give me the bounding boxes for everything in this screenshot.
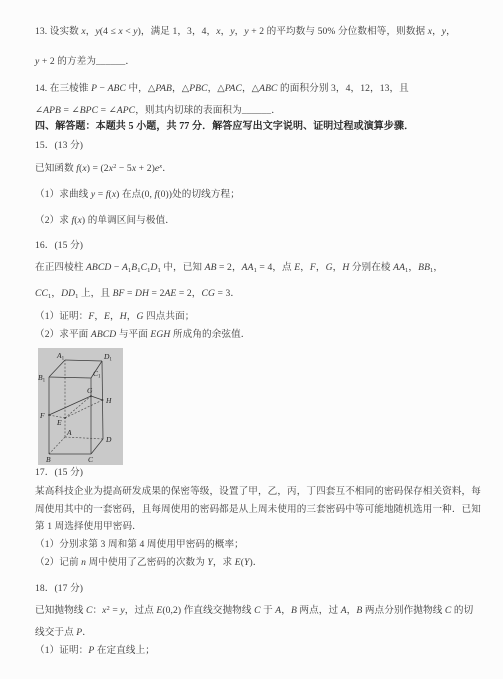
edge-FG [49,396,91,415]
edge-EH [65,400,103,418]
problem18-q1: （1）证明：P 在定直线上； [35,646,155,656]
figure-label-D1: D1 [103,352,112,363]
problem15-header: 15．(13 分) [35,141,83,151]
prism-figure: A1 D1 B1 C1 G H F E A D B C [38,348,123,465]
point-H [102,399,104,401]
edge-AD [65,437,103,439]
problem16-header: 16．(15 分) [35,241,83,251]
figure-label-A: A [66,428,72,437]
figure-label-B1: B1 [38,373,46,384]
figure-label-H: H [105,396,112,405]
edge-A1D1 [65,360,102,361]
problem16-body1: 在正四棱柱 ABCD − A1B1C1D1 中，已知 AB = 2，AA1 = … [35,263,443,275]
problem17-q1: （1）分别求第 3 周和第 4 周使用甲密码的概率； [35,540,244,550]
problem14-line1: 14. 在三棱锥 P − ABC 中，△PAB，△PBC，△PAC，△ABC 的… [35,84,409,94]
problem16-q2: （2）求平面 ABCD 与平面 EGH 所成角的余弦值． [35,330,251,340]
problem15-q1: （1）求曲线 y = f(x) 在点(0, f(0))处的切线方程； [35,190,240,200]
problem13-line2: y + 2 的方差为______． [35,57,135,67]
exam-paper-page: 13. 设实数 x，y(4 ≤ x < y)，满足 1，3，4，x，y，y + … [0,0,503,679]
figure-label-B: B [46,455,51,464]
prism-figure-svg: A1 D1 B1 C1 G H F E A D B C [38,348,123,465]
edge-A1B1 [49,360,65,377]
problem17-header: 17．(15 分) [35,468,83,478]
problem17-q2: （2）记前 n 周中使用了乙密码的次数为 Y，求 E(Y)． [35,558,262,568]
problem16-body2: CC1，DD1 上，且 BF = DH = 2AE = 2，CG = 3． [35,289,240,301]
figure-label-F: F [39,411,45,420]
edge-CD [91,439,103,454]
figure-label-E: E [56,418,62,427]
problem16-q1: （1）证明：F，E，H，G 四点共面； [35,312,194,322]
figure-label-G: G [87,386,93,395]
section4-header: 四、解答题：本题共 5 小题，共 77 分．解答应写出文字说明、证明过程或演算步… [35,122,414,132]
point-E [64,417,66,419]
problem14-line2: ∠APB = ∠BPC = ∠APC，则其内切球的表面积为______． [35,106,281,116]
problem18-body2: 线交于点 P． [35,628,92,638]
edge-GH [91,396,103,400]
problem17-para1: 某高科技企业为提高研发成果的保密等级，设置了甲，乙，丙，丁四套互不相同的密码保存… [35,487,481,497]
problem18-body1: 已知抛物线 C：x2 = y，过点 E(0,2) 作直线交抛物线 C 于 A，B… [35,606,473,616]
figure-label-A1: A1 [56,351,65,362]
problem17-para2: 周使用其中的一套密码，且每周使用的密码都是从上周未使用的三套密码中等可能地随机选… [35,505,481,515]
figure-label-C: C [88,455,94,464]
problem15-q2: （2）求 f(x) 的单调区间与极值． [35,216,175,226]
problem13-line1: 13. 设实数 x，y(4 ≤ x < y)，满足 1，3，4，x，y，y + … [35,27,456,37]
problem15-body: 已知函数 f(x) = (2x2 − 5x + 2)ex． [35,164,172,174]
edge-B1C1 [49,377,91,378]
point-G [90,395,92,397]
edge-AB [49,437,65,454]
edge-EG [65,396,91,418]
figure-label-D: D [105,435,112,444]
problem18-header: 18．(17 分) [35,584,83,594]
point-F [48,414,50,416]
problem17-para3: 第 1 周选择使用甲密码． [35,522,142,532]
figure-label-C1: C1 [93,369,101,380]
